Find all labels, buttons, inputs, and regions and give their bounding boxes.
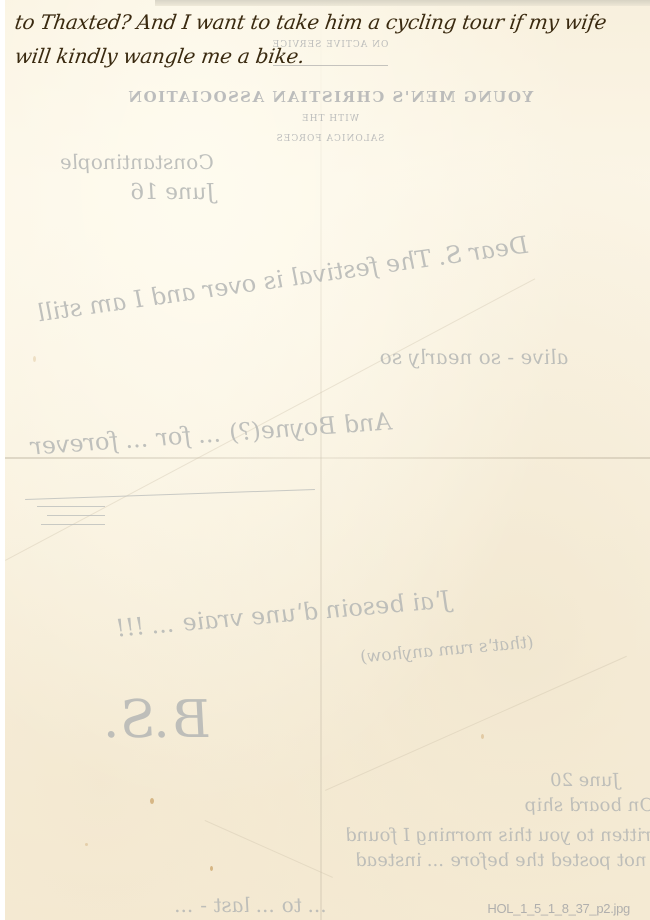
ink-handwriting-line-2: will kindly wangle me a bike. <box>13 44 306 68</box>
paper-top-edge <box>155 0 650 6</box>
diagonal-crease <box>205 820 333 878</box>
bleed-exclaim-line: J'ai besoin d'une vraie ... !!! <box>115 585 451 643</box>
bleed-ps-date: June 20 <box>549 770 622 791</box>
bleed-greeting-line: Dear S. The festival is over and I am st… <box>37 230 528 327</box>
bleed-initials: B.S. <box>101 690 214 750</box>
bleed-short-rule <box>47 515 105 516</box>
bleed-line-3: And Boyne(?) ... for ... forever <box>29 407 392 460</box>
bleed-line-2: alive - so nearly so <box>378 345 570 369</box>
bleed-ps-line-4: ... to ... last - ... <box>173 893 329 917</box>
bleed-underline <box>25 489 315 500</box>
horizontal-fold-crease <box>5 457 650 459</box>
foxing-stain <box>85 843 88 846</box>
letter-page: ON ACTIVE SERVICE YOUNG MEN'S CHRISTIAN … <box>5 0 650 920</box>
bleed-ps-line-1: On board ship <box>524 795 650 816</box>
bleed-ps-line-2: After having written to you this morning… <box>344 825 650 846</box>
bleed-date: June 16 <box>128 180 217 205</box>
letterhead-ymca-title: YOUNG MEN'S CHRISTIAN ASSOCIATION <box>100 88 560 106</box>
bleed-ps-line-3: I had not posted the before ... instead <box>354 850 650 871</box>
letterhead-salonica-forces: SALONICA FORCES <box>100 134 560 144</box>
foxing-stain <box>150 798 154 804</box>
bleed-paren-line: (that's rum anyhow) <box>360 632 534 667</box>
ink-handwriting-line-1: to Thaxted? And I want to take him a cyc… <box>13 10 608 34</box>
letterhead-with-the: WITH THE <box>100 114 560 124</box>
filename-watermark: HOL_1_5_1_8_37_p2.jpg <box>487 901 630 916</box>
foxing-stain <box>33 356 36 362</box>
bleed-short-rule <box>41 524 105 525</box>
bleed-place: Constantinople <box>58 150 215 174</box>
bleed-short-rule <box>37 506 105 507</box>
foxing-stain <box>210 866 213 871</box>
foxing-stain <box>481 734 484 739</box>
